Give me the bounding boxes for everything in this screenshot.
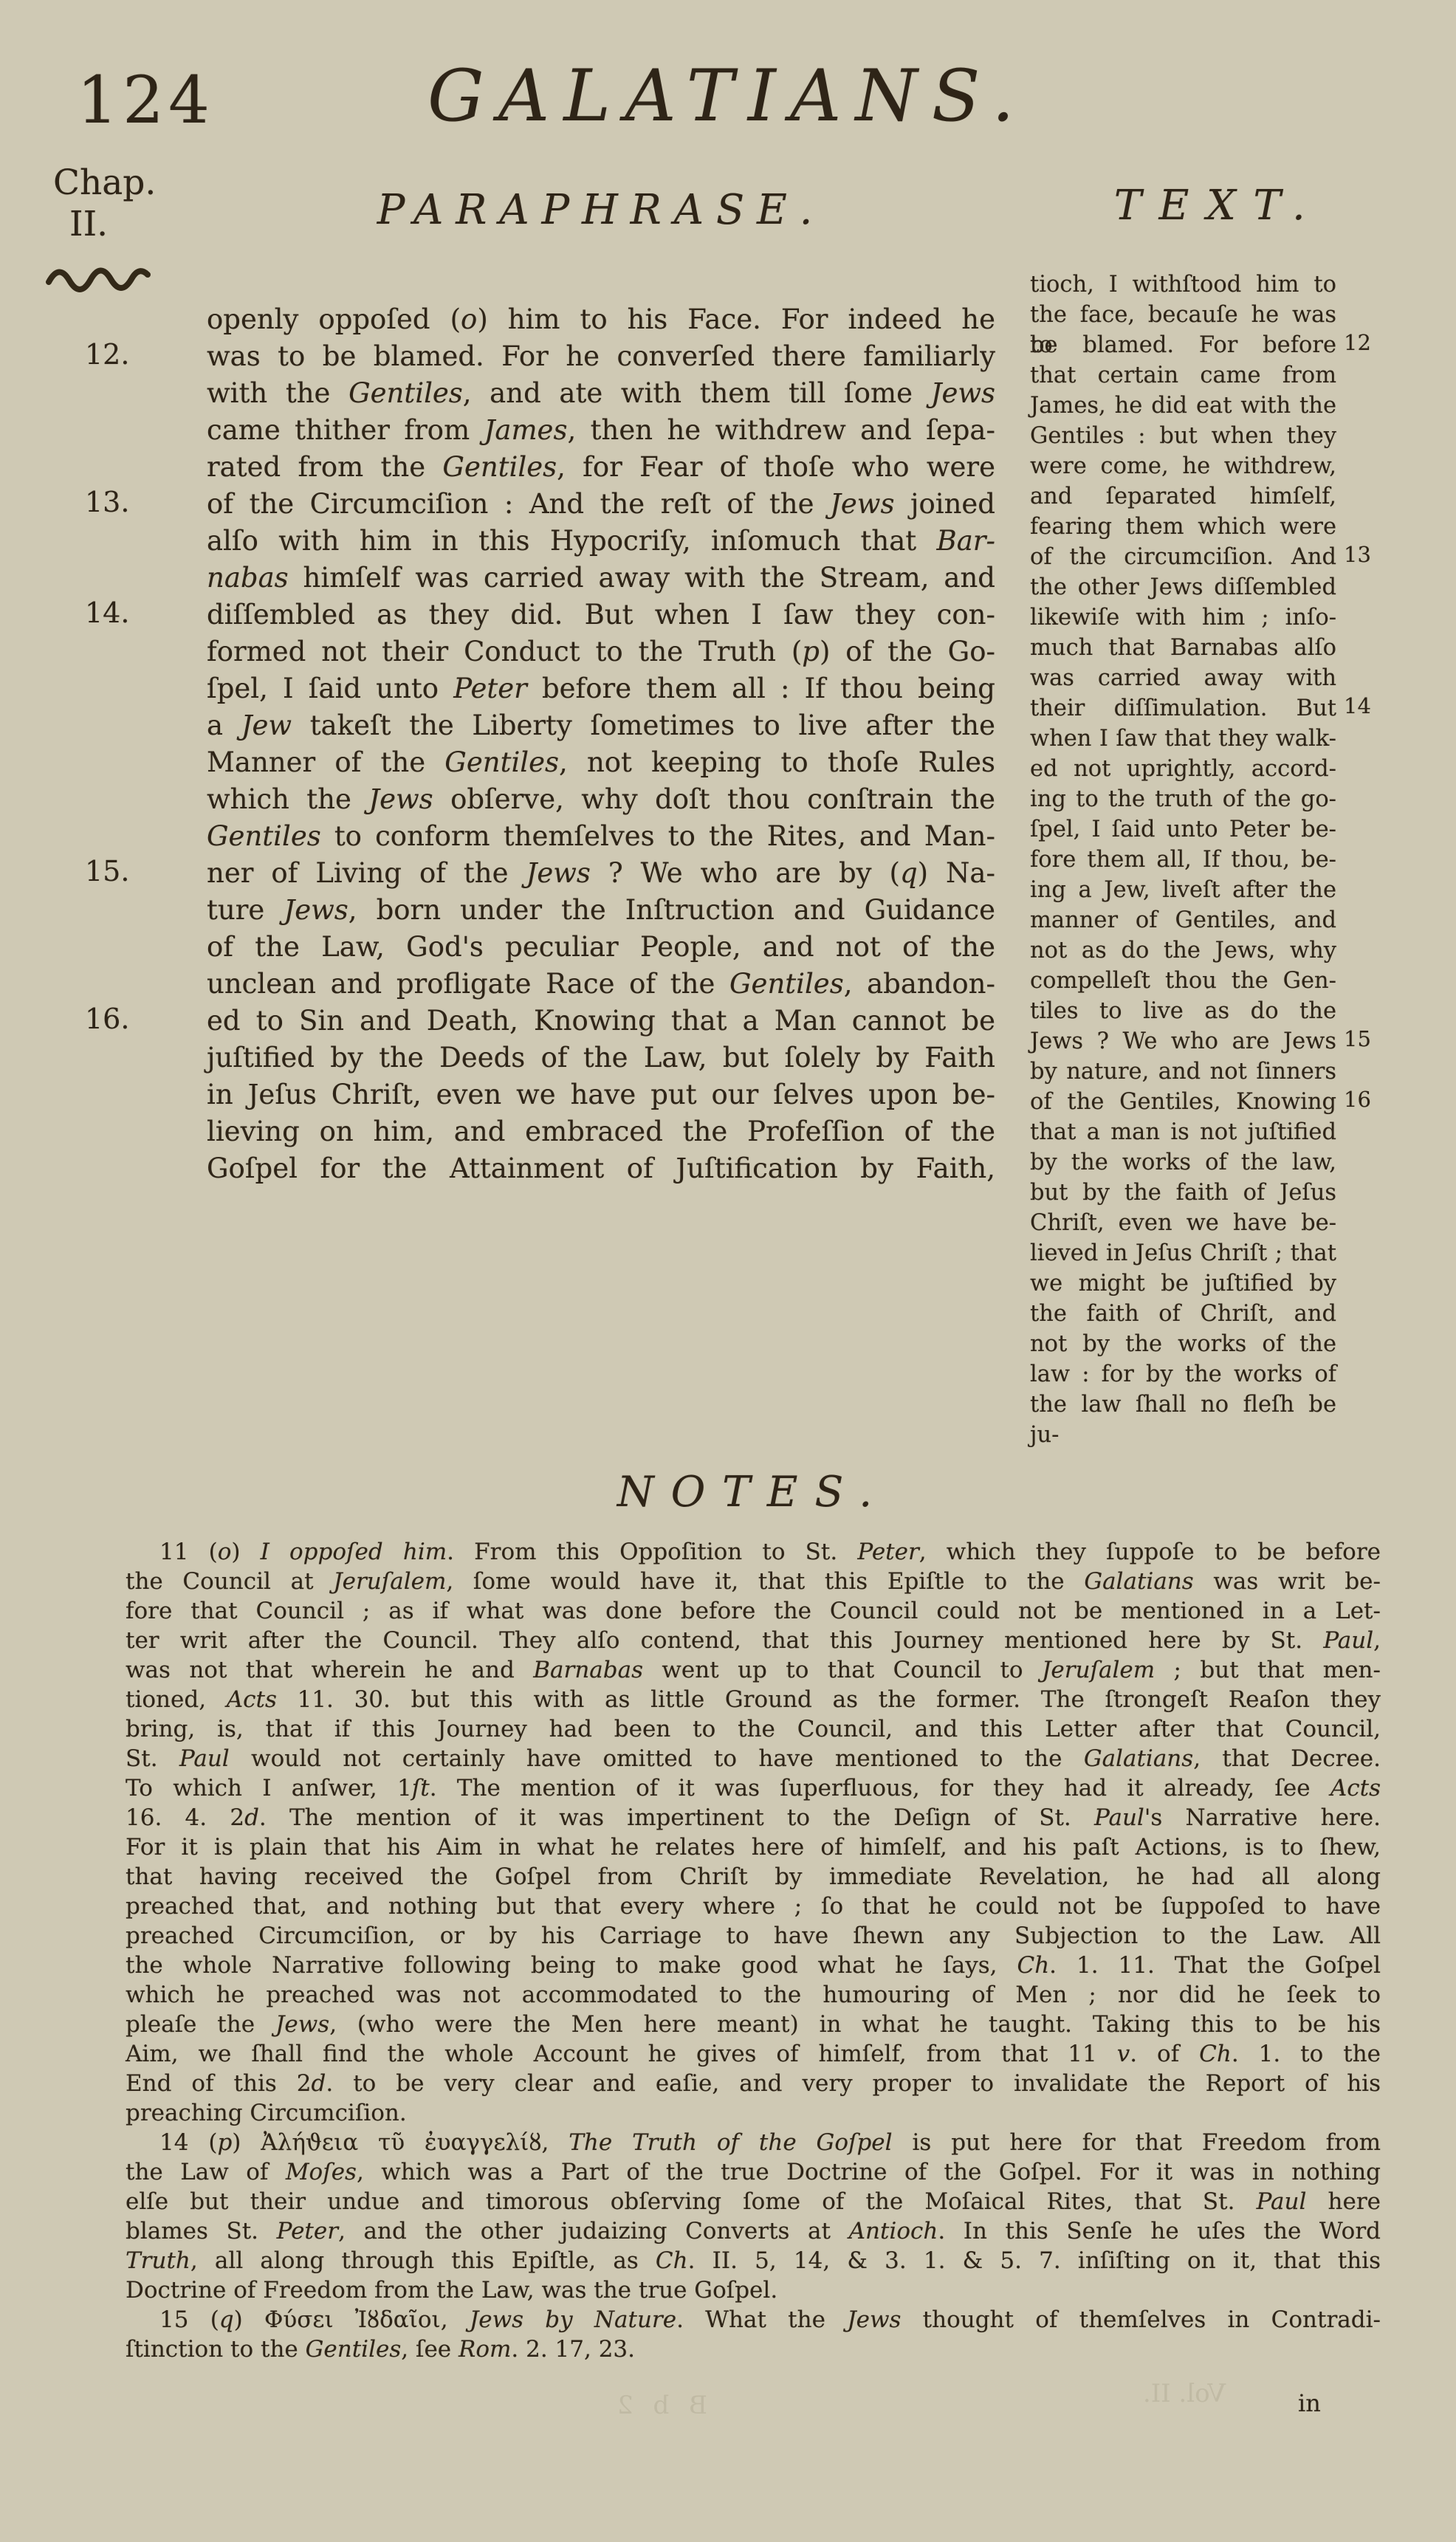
- paraphrase-line: unclean and profligate Race of the Genti…: [207, 966, 995, 1003]
- margin-verse-number: 12.: [85, 338, 166, 371]
- text-line: not as do the Jews, why: [1030, 935, 1336, 966]
- note-line: fore that Council ; as if what was done …: [126, 1596, 1381, 1626]
- text-line: Jews ? We who are Jews: [1030, 1026, 1336, 1057]
- paraphrase-line: which the Jews obſerve, why doſt thou co…: [207, 781, 995, 818]
- text-line: Gentiles : but when they: [1030, 421, 1336, 451]
- text-line: fearing them which were: [1030, 512, 1336, 542]
- note-line: the Council at Jeruſalem, ſome would hav…: [126, 1567, 1381, 1596]
- text-line: ing a Jew, liveſt after the: [1030, 875, 1336, 905]
- note-line: bring, is, that if this Journey had been…: [126, 1714, 1381, 1744]
- margin-verse-number: 14.: [85, 597, 166, 629]
- paraphrase-line: of the Circumciſion : And the reſt of th…: [207, 486, 995, 523]
- text-line: when I ſaw that they walk-: [1030, 724, 1336, 754]
- text-line: their diſſimulation. But: [1030, 693, 1336, 724]
- text-line: be blamed. For before: [1030, 330, 1336, 360]
- text-line: the face, becauſe he was to: [1030, 300, 1336, 330]
- text-verse-number: 15: [1344, 1026, 1371, 1051]
- text-line: manner of Gentiles, and: [1030, 905, 1336, 935]
- text-line: compelleſt thou the Gen-: [1030, 966, 1336, 996]
- paraphrase-line: diſſembled as they did. But when I ſaw t…: [207, 597, 995, 633]
- text-line: that a man is not juſtified: [1030, 1117, 1336, 1147]
- note-line: ſtinction to the Gentiles, ſee Rom. 2. 1…: [126, 2335, 1381, 2364]
- note-line: St. Paul would not certainly have omitte…: [126, 1744, 1381, 1773]
- paraphrase-line: formed not their Conduct to the Truth (p…: [207, 633, 995, 670]
- paraphrase-column: openly oppoſed (o) him to his Face. For …: [207, 301, 995, 1187]
- note-line: preached that, and nothing but that ever…: [126, 1892, 1381, 1921]
- paraphrase-line: Gentiles to conform themſelves to the Ri…: [207, 818, 995, 855]
- paraphrase-line: was to be blamed. For he converſed there…: [207, 338, 995, 375]
- margin-verse-number: 13.: [85, 486, 166, 518]
- note-line: elſe but their undue and timorous obſerv…: [126, 2187, 1381, 2216]
- note-line: Aim, we ſhall find the whole Account he …: [126, 2039, 1381, 2069]
- text-line: by nature, and not ſinners: [1030, 1057, 1336, 1087]
- notes-heading: NOTES.: [126, 1468, 1381, 1516]
- text-line: that certain came from: [1030, 360, 1336, 391]
- text-line: James, he did eat with the: [1030, 391, 1336, 421]
- note-line: 11 (o) I oppoſed him. From this Oppoſiti…: [126, 1537, 1381, 1567]
- paraphrase-line: ſpel, I ſaid unto Peter before them all …: [207, 670, 995, 707]
- paraphrase-line: openly oppoſed (o) him to his Face. For …: [207, 301, 995, 338]
- note-line: the Law of Moſes, which was a Part of th…: [126, 2157, 1381, 2187]
- text-column: tioch, I withſtood him to the face, beca…: [1030, 269, 1336, 1420]
- text-line: much that Barnabas alſo: [1030, 633, 1336, 663]
- text-line: but by the faith of Jeſus: [1030, 1178, 1336, 1208]
- text-line: tiles to live as do the: [1030, 996, 1336, 1026]
- paraphrase-line: nabas himſelf was carried away with the …: [207, 560, 995, 597]
- book-page: 124 GALATIANS. Chap. II. PARAPHRASE. TEX…: [0, 0, 1456, 2542]
- text-line: and ſeparated himſelf,: [1030, 481, 1336, 512]
- note-line: For it is plain that his Aim in what he …: [126, 1832, 1381, 1862]
- paraphrase-line: juſtified by the Deeds of the Law, but ſ…: [207, 1040, 995, 1076]
- note-line: End of this 2d. to be very clear and eaſ…: [126, 2069, 1381, 2098]
- text-line: of the Gentiles, Knowing: [1030, 1087, 1336, 1117]
- text-line: the other Jews diſſembled: [1030, 572, 1336, 602]
- chapter-label: Chap. II.: [53, 162, 156, 245]
- paraphrase-line: lieving on him, and embraced the Profeſſ…: [207, 1113, 995, 1150]
- paraphrase-line: with the Gentiles, and ate with them til…: [207, 375, 995, 412]
- note-line: which he preached was not accommodated t…: [126, 1980, 1381, 2010]
- text-line: ed not uprightly, accord-: [1030, 754, 1336, 784]
- text-line: was carried away with: [1030, 663, 1336, 693]
- note-line: To which I anſwer, 1ſt. The mention of i…: [126, 1773, 1381, 1803]
- paraphrase-line: a Jew takeſt the Liberty ſometimes to li…: [207, 707, 995, 744]
- note-line: Doctrine of Freedom from the Law, was th…: [126, 2275, 1381, 2305]
- paraphrase-line: Manner of the Gentiles, not keeping to t…: [207, 744, 995, 781]
- note-line: preaching Circumciſion.: [126, 2098, 1381, 2128]
- text-line: we might be juſtified by: [1030, 1268, 1336, 1299]
- ghost-volume-label: Vol. II.: [1143, 2379, 1226, 2408]
- note-line: 16. 4. 2d. The mention of it was imperti…: [126, 1803, 1381, 1832]
- text-line: not by the works of the: [1030, 1329, 1336, 1359]
- ghost-signature-mark: B b 2: [611, 2391, 707, 2420]
- text-line: law : for by the works of: [1030, 1359, 1336, 1389]
- note-line: pleaſe the Jews, (who were the Men here …: [126, 2010, 1381, 2039]
- text-line: the faith of Chriſt, and: [1030, 1299, 1336, 1329]
- catchword: in: [1298, 2389, 1321, 2417]
- chapter-numeral: II.: [53, 204, 156, 245]
- text-line: by the works of the law,: [1030, 1147, 1336, 1178]
- note-line: was not that wherein he and Barnabas wen…: [126, 1655, 1381, 1685]
- text-line: lieved in Jeſus Chriſt ; that: [1030, 1238, 1336, 1268]
- paraphrase-line: ed to Sin and Death, Knowing that a Man …: [207, 1003, 995, 1040]
- text-line: the law ſhall no fleſh be ju-: [1030, 1389, 1336, 1420]
- text-line: of the circumciſion. And: [1030, 542, 1336, 572]
- text-line: likewiſe with him ; inſo-: [1030, 602, 1336, 633]
- paraphrase-line: alſo with him in this Hypocriſy, inſomuc…: [207, 523, 995, 560]
- text-verse-number: 16: [1344, 1087, 1371, 1112]
- text-verse-number: 12: [1344, 330, 1371, 355]
- note-line: preached Circumciſion, or by his Carriag…: [126, 1921, 1381, 1951]
- margin-verse-number: 16.: [85, 1003, 166, 1035]
- paraphrase-line: came thither from James, then he withdre…: [207, 412, 995, 449]
- text-line: ing to the truth of the go-: [1030, 784, 1336, 814]
- text-heading: TEXT.: [1071, 182, 1366, 230]
- paraphrase-line: rated from the Gentiles, for Fear of tho…: [207, 449, 995, 486]
- note-line: tioned, Acts 11. 30. but this with as li…: [126, 1685, 1381, 1714]
- paraphrase-line: in Jeſus Chriſt, even we have put our ſe…: [207, 1076, 995, 1113]
- note-line: 15 (q) Φύσει Ἰȣδαῖοι, Jews by Nature. Wh…: [126, 2305, 1381, 2335]
- text-line: ſpel, I ſaid unto Peter be-: [1030, 814, 1336, 845]
- paraphrase-line: ture Jews, born under the Inſtruction an…: [207, 892, 995, 929]
- text-line: Chriſt, even we have be-: [1030, 1208, 1336, 1238]
- note-line: blames St. Peter, and the other judaizin…: [126, 2216, 1381, 2246]
- note-line: 14 (p) Ἀλήϑεια τῦ ἐυαγγελίȣ, The Truth o…: [126, 2128, 1381, 2157]
- text-line: were come, he withdrew,: [1030, 451, 1336, 481]
- paraphrase-heading: PARAPHRASE.: [207, 186, 995, 234]
- note-line: that having received the Goſpel from Chr…: [126, 1862, 1381, 1892]
- text-line: fore them all, If thou, be-: [1030, 845, 1336, 875]
- chapter-word: Chap.: [53, 162, 156, 204]
- note-line: the whole Narrative following being to m…: [126, 1951, 1381, 1980]
- flourish-ornament: [44, 258, 155, 297]
- notes-section: 11 (o) I oppoſed him. From this Oppoſiti…: [126, 1537, 1381, 2364]
- text-line: tioch, I withſtood him to: [1030, 269, 1336, 300]
- paraphrase-line: Goſpel for the Attainment of Juſtificati…: [207, 1150, 995, 1187]
- text-verse-number: 13: [1344, 542, 1371, 567]
- margin-verse-number: 15.: [85, 855, 166, 887]
- running-title: GALATIANS.: [0, 55, 1456, 137]
- note-line: Truth, all along through this Epiſtle, a…: [126, 2246, 1381, 2275]
- note-line: ter writ after the Council. They alſo co…: [126, 1626, 1381, 1655]
- text-verse-number: 14: [1344, 693, 1371, 718]
- paraphrase-line: ner of Living of the Jews ? We who are b…: [207, 855, 995, 892]
- paraphrase-line: of the Law, God's peculiar People, and n…: [207, 929, 995, 966]
